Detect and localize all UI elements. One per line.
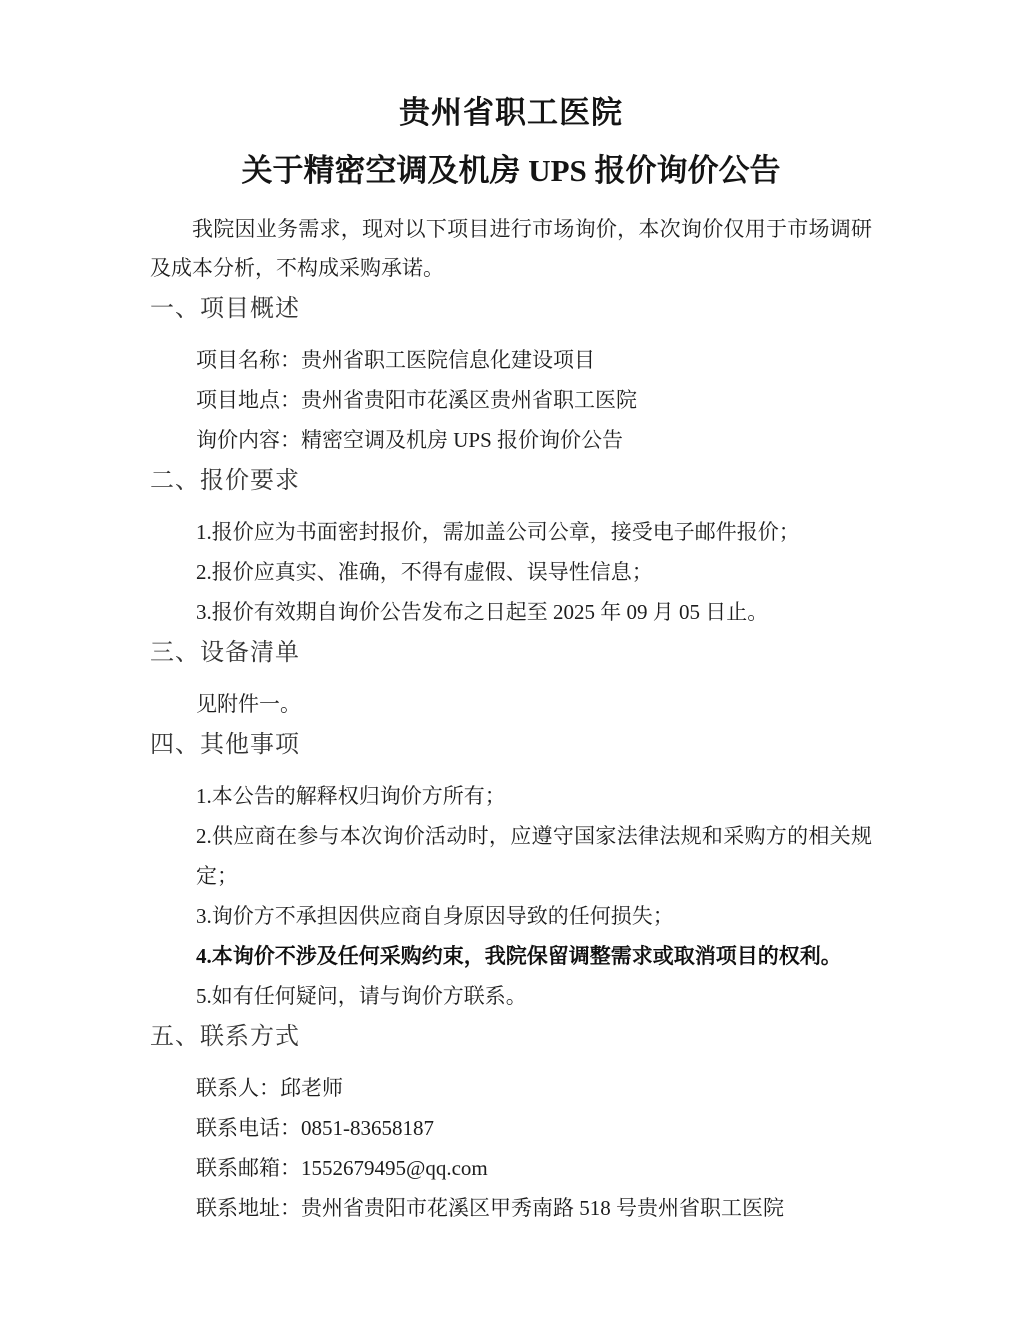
- contact-person-line: 联系人：邱老师: [196, 1068, 872, 1108]
- section-quote-requirements: 1.报价应为书面密封报价，需加盖公司公章，接受电子邮件报价； 2.报价应真实、准…: [150, 512, 872, 632]
- section-contact-info: 联系人：邱老师 联系电话：0851-83658187 联系邮箱：15526794…: [150, 1068, 872, 1228]
- section-equipment-list: 见附件一。: [150, 684, 872, 724]
- intro-paragraph: 我院因业务需求，现对以下项目进行市场询价，本次询价仅用于市场调研及成本分析，不构…: [150, 210, 872, 288]
- quote-requirement-1: 1.报价应为书面密封报价，需加盖公司公章，接受电子邮件报价；: [196, 512, 872, 552]
- section-heading-other-matters: 四、其他事项: [150, 728, 872, 762]
- section-heading-project-overview: 一、项目概述: [150, 292, 872, 326]
- contact-email-line: 联系邮箱：1552679495@qq.com: [196, 1148, 872, 1188]
- contact-phone-line: 联系电话：0851-83658187: [196, 1108, 872, 1148]
- other-matter-5: 5.如有任何疑问，请与询价方联系。: [196, 976, 872, 1016]
- doc-title: 贵州省职工医院: [150, 94, 872, 132]
- document-page: 贵州省职工医院 关于精密空调及机房 UPS 报价询价公告 我院因业务需求，现对以…: [0, 0, 1024, 1324]
- contact-address-line: 联系地址：贵州省贵阳市花溪区甲秀南路 518 号贵州省职工医院: [196, 1188, 872, 1228]
- equipment-list-note: 见附件一。: [196, 684, 872, 724]
- inquiry-content-line: 询价内容：精密空调及机房 UPS 报价询价公告: [196, 420, 872, 460]
- section-heading-contact-info: 五、联系方式: [150, 1020, 872, 1054]
- other-matter-2: 2.供应商在参与本次询价活动时，应遵守国家法律法规和采购方的相关规定；: [196, 816, 872, 896]
- other-matter-3: 3.询价方不承担因供应商自身原因导致的任何损失；: [196, 896, 872, 936]
- section-heading-equipment-list: 三、设备清单: [150, 636, 872, 670]
- section-heading-quote-requirements: 二、报价要求: [150, 464, 872, 498]
- project-location-line: 项目地点：贵州省贵阳市花溪区贵州省职工医院: [196, 380, 872, 420]
- doc-subtitle: 关于精密空调及机房 UPS 报价询价公告: [150, 152, 872, 190]
- project-name-line: 项目名称：贵州省职工医院信息化建设项目: [196, 340, 872, 380]
- other-matter-1: 1.本公告的解释权归询价方所有；: [196, 776, 872, 816]
- quote-requirement-3: 3.报价有效期自询价公告发布之日起至 2025 年 09 月 05 日止。: [196, 592, 872, 632]
- section-other-matters: 1.本公告的解释权归询价方所有； 2.供应商在参与本次询价活动时，应遵守国家法律…: [150, 776, 872, 1016]
- quote-requirement-2: 2.报价应真实、准确，不得有虚假、误导性信息；: [196, 552, 872, 592]
- other-matter-4-emphasized: 4.本询价不涉及任何采购约束，我院保留调整需求或取消项目的权利。: [196, 936, 872, 976]
- section-project-overview: 项目名称：贵州省职工医院信息化建设项目 项目地点：贵州省贵阳市花溪区贵州省职工医…: [150, 340, 872, 460]
